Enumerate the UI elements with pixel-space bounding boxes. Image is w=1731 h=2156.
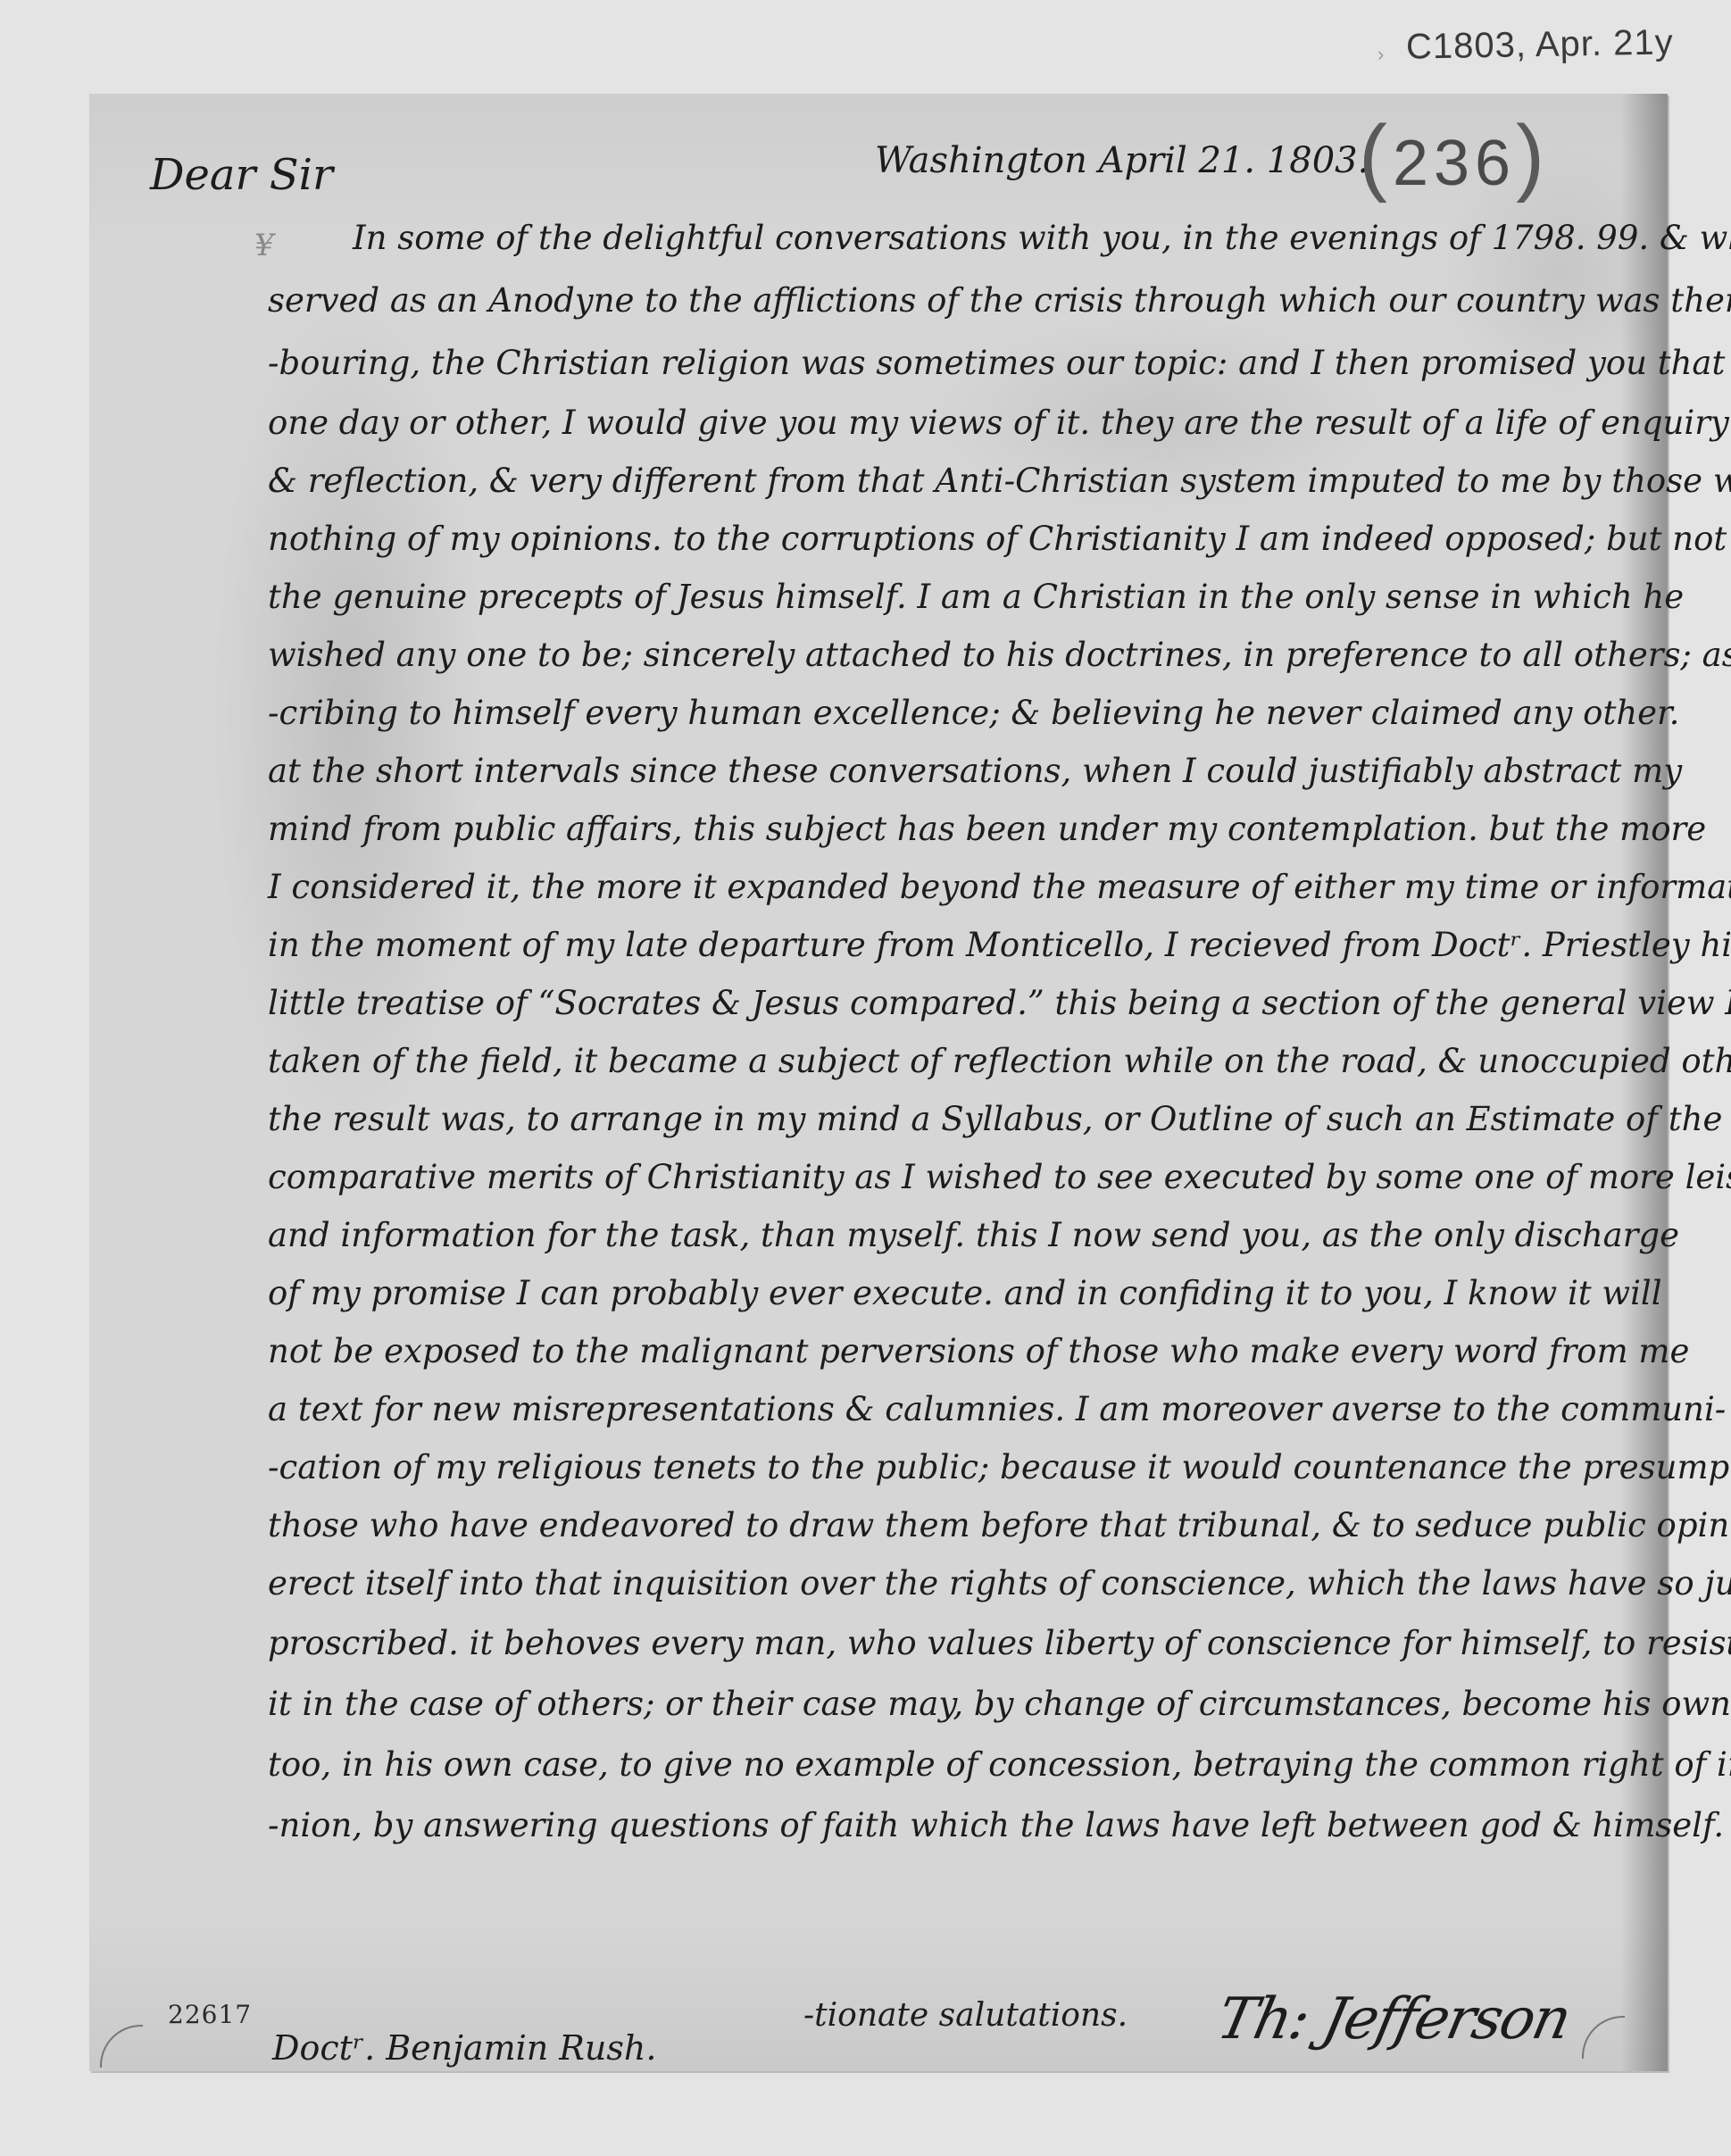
body-line-16: the result was, to arrange in my mind a …: [268, 1103, 1643, 1136]
folio-number: (236): [1359, 112, 1528, 201]
body-line-24: erect itself into that inquisition over …: [268, 1567, 1643, 1600]
body-line-19: of my promise I can probably ever execut…: [268, 1277, 1643, 1310]
body-line-6: nothing of my opinions. to the corruptio…: [268, 522, 1643, 555]
signature: Th: Jefferson: [1211, 1986, 1576, 2052]
archive-tick-mark: ›: [1377, 43, 1384, 66]
body-line-25: proscribed. it behoves every man, who va…: [268, 1627, 1643, 1660]
body-line-8: wished any one to be; sincerely attached…: [268, 638, 1643, 671]
recipient: Doctʳ. Benjamin Rush.: [272, 2031, 656, 2065]
body-line-9: -cribing to himself every human excellen…: [268, 696, 1643, 729]
body-line-22: -cation of my religious tenets to the pu…: [268, 1451, 1643, 1484]
body-line-28: -nion, by answering questions of faith w…: [268, 1809, 1643, 1842]
body-line-26: it in the case of others; or their case …: [268, 1687, 1643, 1720]
closing: -tionate salutations.: [803, 2000, 1128, 2032]
body-line-13: in the moment of my late departure from …: [268, 928, 1643, 961]
body-line-14: little treatise of “Socrates & Jesus com…: [268, 986, 1643, 1020]
folio-close-paren: ): [1516, 108, 1550, 204]
archive-stamp-number: 22617: [168, 2000, 252, 2029]
folio-number-value: 236: [1393, 128, 1516, 199]
body-line-11: mind from public affairs, this subject h…: [268, 812, 1643, 845]
body-line-1: In some of the delightful conversations …: [353, 221, 1643, 254]
body-line-10: at the short intervals since these conve…: [268, 754, 1643, 787]
body-line-7: the genuine precepts of Jesus himself. I…: [268, 580, 1643, 613]
dateline: Washington April 21. 1803.: [875, 143, 1369, 179]
body-line-2: served as an Anodyne to the afflictions …: [268, 284, 1643, 317]
body-line-5: & reflection, & very different from that…: [268, 464, 1643, 497]
body-line-27: too, in his own case, to give no example…: [268, 1748, 1643, 1781]
margin-mark: ¥: [254, 228, 274, 263]
body-line-21: a text for new misrepresentations & calu…: [268, 1393, 1643, 1426]
body-line-18: and information for the task, than mysel…: [268, 1219, 1643, 1252]
body-line-23: those who have endeavored to draw them b…: [268, 1509, 1643, 1542]
body-line-12: I considered it, the more it expanded be…: [268, 870, 1643, 903]
body-line-20: not be exposed to the malignant perversi…: [268, 1335, 1643, 1368]
body-line-3: -bouring, the Christian religion was som…: [268, 346, 1643, 379]
folio-open-paren: (: [1359, 108, 1393, 204]
archive-reference-annotation: C1803, Apr. 21y: [1406, 22, 1674, 67]
salutation: Dear Sir: [150, 154, 333, 196]
body-line-17: comparative merits of Christianity as I …: [268, 1161, 1643, 1194]
body-line-4: one day or other, I would give you my vi…: [268, 406, 1643, 439]
body-line-15: taken of the field, it became a subject …: [268, 1045, 1643, 1078]
